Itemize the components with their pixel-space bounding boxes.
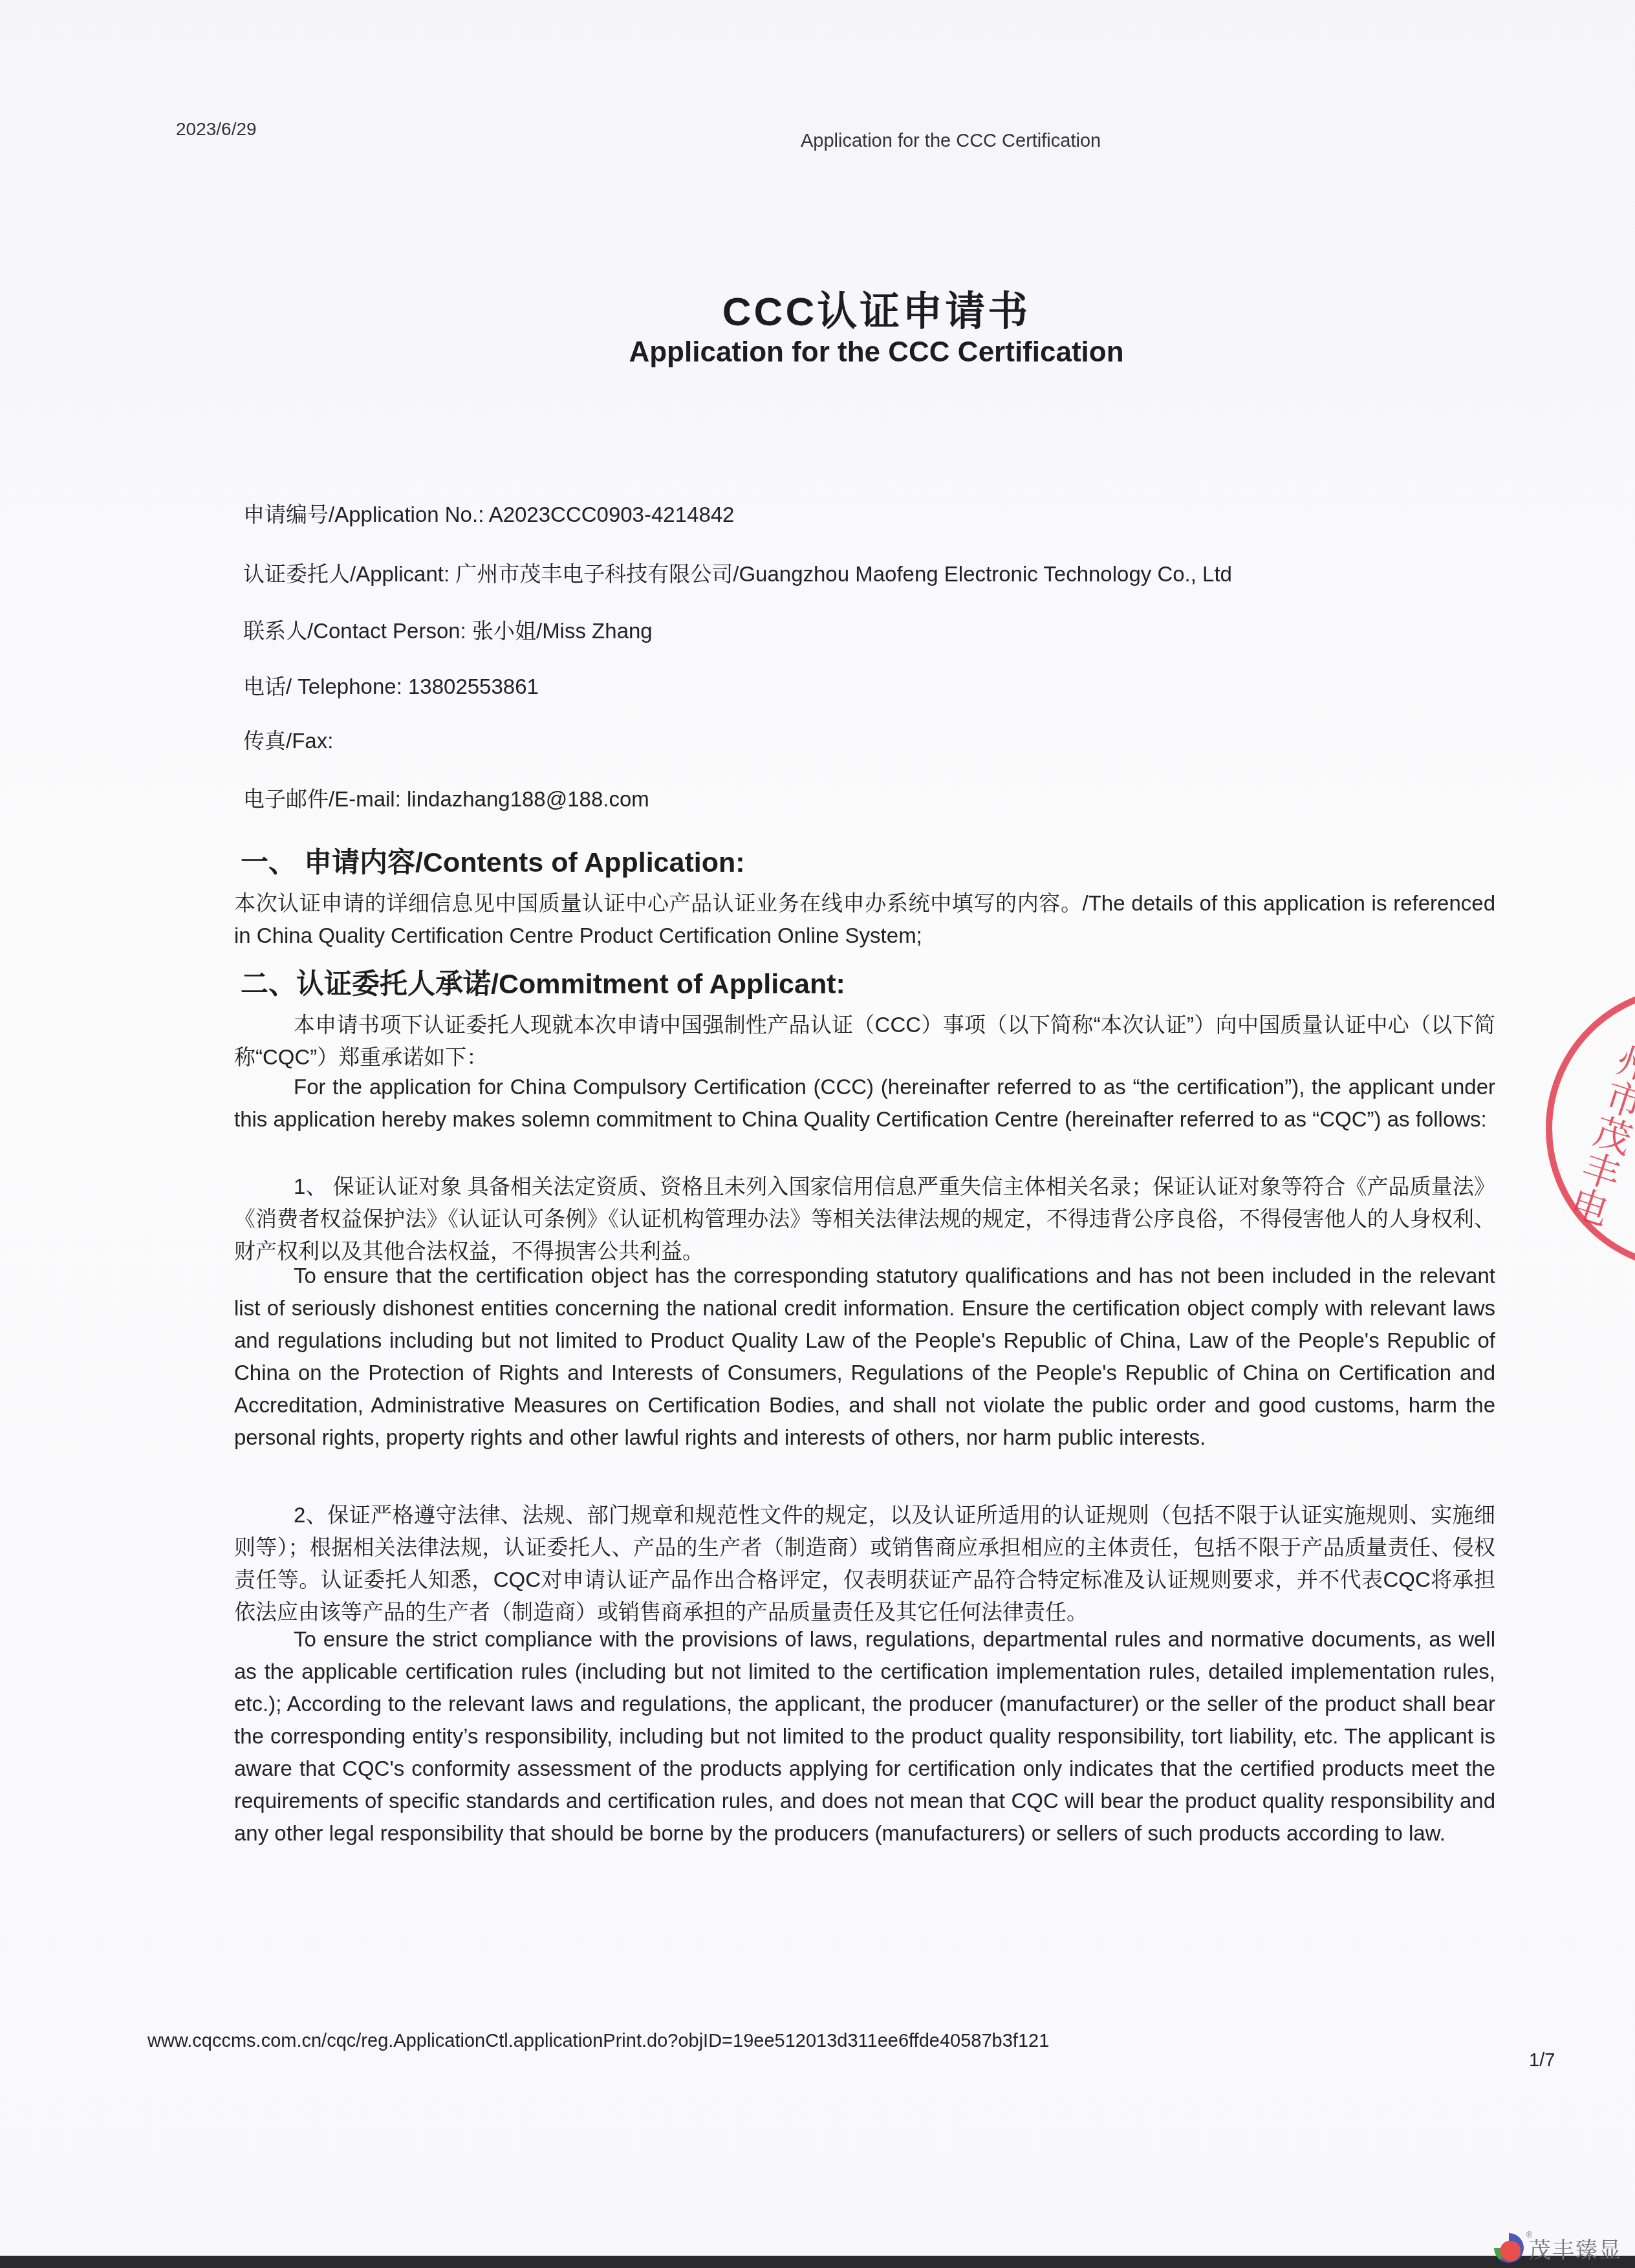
section-1-body: 本次认证申请的详细信息见中国质量认证中心产品认证业务在线申办系统中填写的内容。/… xyxy=(234,887,1495,952)
fax: 传真/Fax: xyxy=(243,724,333,755)
footer-url: www.cqccms.com.cn/cqc/reg.ApplicationCtl… xyxy=(147,2031,1049,2052)
commitment-intro-cn: 本申请书项下认证委托人现就本次申请中国强制性产品认证（CCC）事项（以下简称“本… xyxy=(234,1009,1495,1074)
commitment-item-1-cn: 1、 保证认证对象 具备相关法定资质、资格且未列入国家信用信息严重失信主体相关名… xyxy=(234,1171,1495,1268)
application-number: 申请编号/Application No.: A2023CCC0903-42148… xyxy=(243,498,734,528)
commitment-item-2-en: To ensure the strict compliance with the… xyxy=(234,1623,1495,1850)
scan-edge-bar xyxy=(0,2256,1635,2268)
document-page: 2023/6/29 Application for the CCC Certif… xyxy=(0,0,1635,2268)
section-1-heading: 一、 申请内容/Contents of Application: xyxy=(241,841,745,880)
watermark: ® 茂丰臻显 xyxy=(1494,2230,1622,2266)
commitment-intro-en: For the application for China Compulsory… xyxy=(234,1071,1495,1136)
page-number: 1/7 xyxy=(1529,2050,1555,2071)
applicant: 认证委托人/Applicant: 广州市茂丰电子科技有限公司/Guangzhou… xyxy=(243,557,1232,588)
email: 电子邮件/E-mail: lindazhang188@188.com xyxy=(243,783,649,813)
document-title-cn: CCC认证申请书 xyxy=(0,279,1635,337)
commitment-item-2-cn: 2、保证严格遵守法律、法规、部门规章和规范性文件的规定，以及认证所适用的认证规则… xyxy=(234,1499,1495,1628)
watermark-logo-icon: ® xyxy=(1494,2233,1524,2263)
document-title-en: Application for the CCC Certification xyxy=(0,336,1635,369)
contact-person: 联系人/Contact Person: 张小姐/Miss Zhang xyxy=(243,614,653,645)
watermark-text: 茂丰臻显 xyxy=(1529,2232,1622,2264)
telephone: 电话/ Telephone: 13802553861 xyxy=(243,670,539,700)
section-2-heading: 二、认证委托人承诺/Commitment of Applicant: xyxy=(241,962,845,1002)
registered-mark: ® xyxy=(1526,2230,1532,2240)
commitment-item-1-en: To ensure that the certification object … xyxy=(234,1260,1495,1454)
print-date: 2023/6/29 xyxy=(176,119,257,140)
running-title: Application for the CCC Certification xyxy=(801,131,1101,152)
